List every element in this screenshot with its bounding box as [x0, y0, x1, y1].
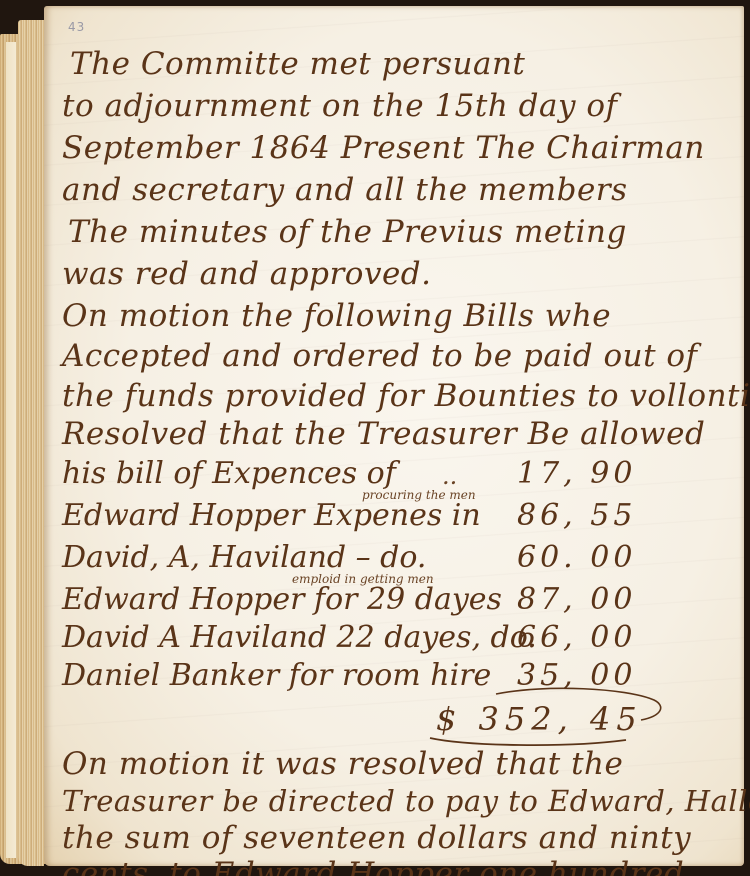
bill-description: Edward Hopper Expenes in [62, 498, 481, 533]
book-spread: 43 The Committe met persuant to adjournm… [0, 0, 750, 876]
bill-amount: 17, 90 [517, 456, 636, 491]
page-number: 43 [68, 20, 85, 34]
minutes-line: Resolved that the Treasurer Be allowed [62, 416, 705, 452]
bill-note: procuring the men [362, 488, 476, 502]
bill-amount: 60. 00 [517, 540, 636, 575]
minutes-line: September 1864 Present The Chairman [62, 130, 705, 166]
minutes-line: The minutes of the Previus meting [68, 214, 627, 250]
bill-row: David A Haviland 22 dayes, do. 66, 00 [62, 620, 702, 660]
bill-description: David A Haviland 22 dayes, do. [62, 620, 537, 655]
page-stack-edge [18, 20, 44, 866]
bill-note: emploid in getting men [292, 572, 434, 586]
bill-amount: 66, 00 [517, 620, 636, 655]
bill-row: Edward Hopper Expenes in procuring the m… [62, 498, 702, 538]
bill-amount: 87, 00 [517, 582, 636, 617]
bill-dots: .. [442, 462, 457, 490]
inner-page-edge [6, 42, 16, 858]
ledger-page: 43 The Committe met persuant to adjournm… [44, 6, 744, 866]
minutes-line: The Committe met persuant [70, 46, 525, 82]
bill-description: David, A, Haviland – do. [62, 540, 426, 575]
resolution-line: Treasurer be directed to pay to Edward, … [62, 784, 750, 818]
page-edges [0, 34, 46, 864]
minutes-line: On motion the following Bills whe [62, 298, 611, 334]
resolution-line: the sum of seventeen dollars and ninty [62, 820, 691, 856]
resolution-line: cents, to Edward Hopper one hundred [62, 856, 684, 866]
bill-description: Edward Hopper for 29 dayes [62, 582, 502, 617]
bill-row: Edward Hopper for 29 dayes emploid in ge… [62, 582, 702, 622]
total-amount: $ 352, 45 [436, 700, 643, 738]
bills-total: $ 352, 45 [436, 698, 666, 748]
bill-description: his bill of Expences of [62, 456, 396, 491]
resolution-line: On motion it was resolved that the [62, 746, 623, 782]
minutes-line: Accepted and ordered to be paid out of [62, 338, 698, 374]
minutes-line: and secretary and all the members [62, 172, 628, 208]
bill-amount: 86, 55 [517, 498, 636, 533]
minutes-line: the funds provided for Bounties to vollo… [62, 378, 750, 414]
minutes-line: to adjournment on the 15th day of [62, 88, 618, 124]
minutes-line: was red and approved. [62, 256, 432, 292]
